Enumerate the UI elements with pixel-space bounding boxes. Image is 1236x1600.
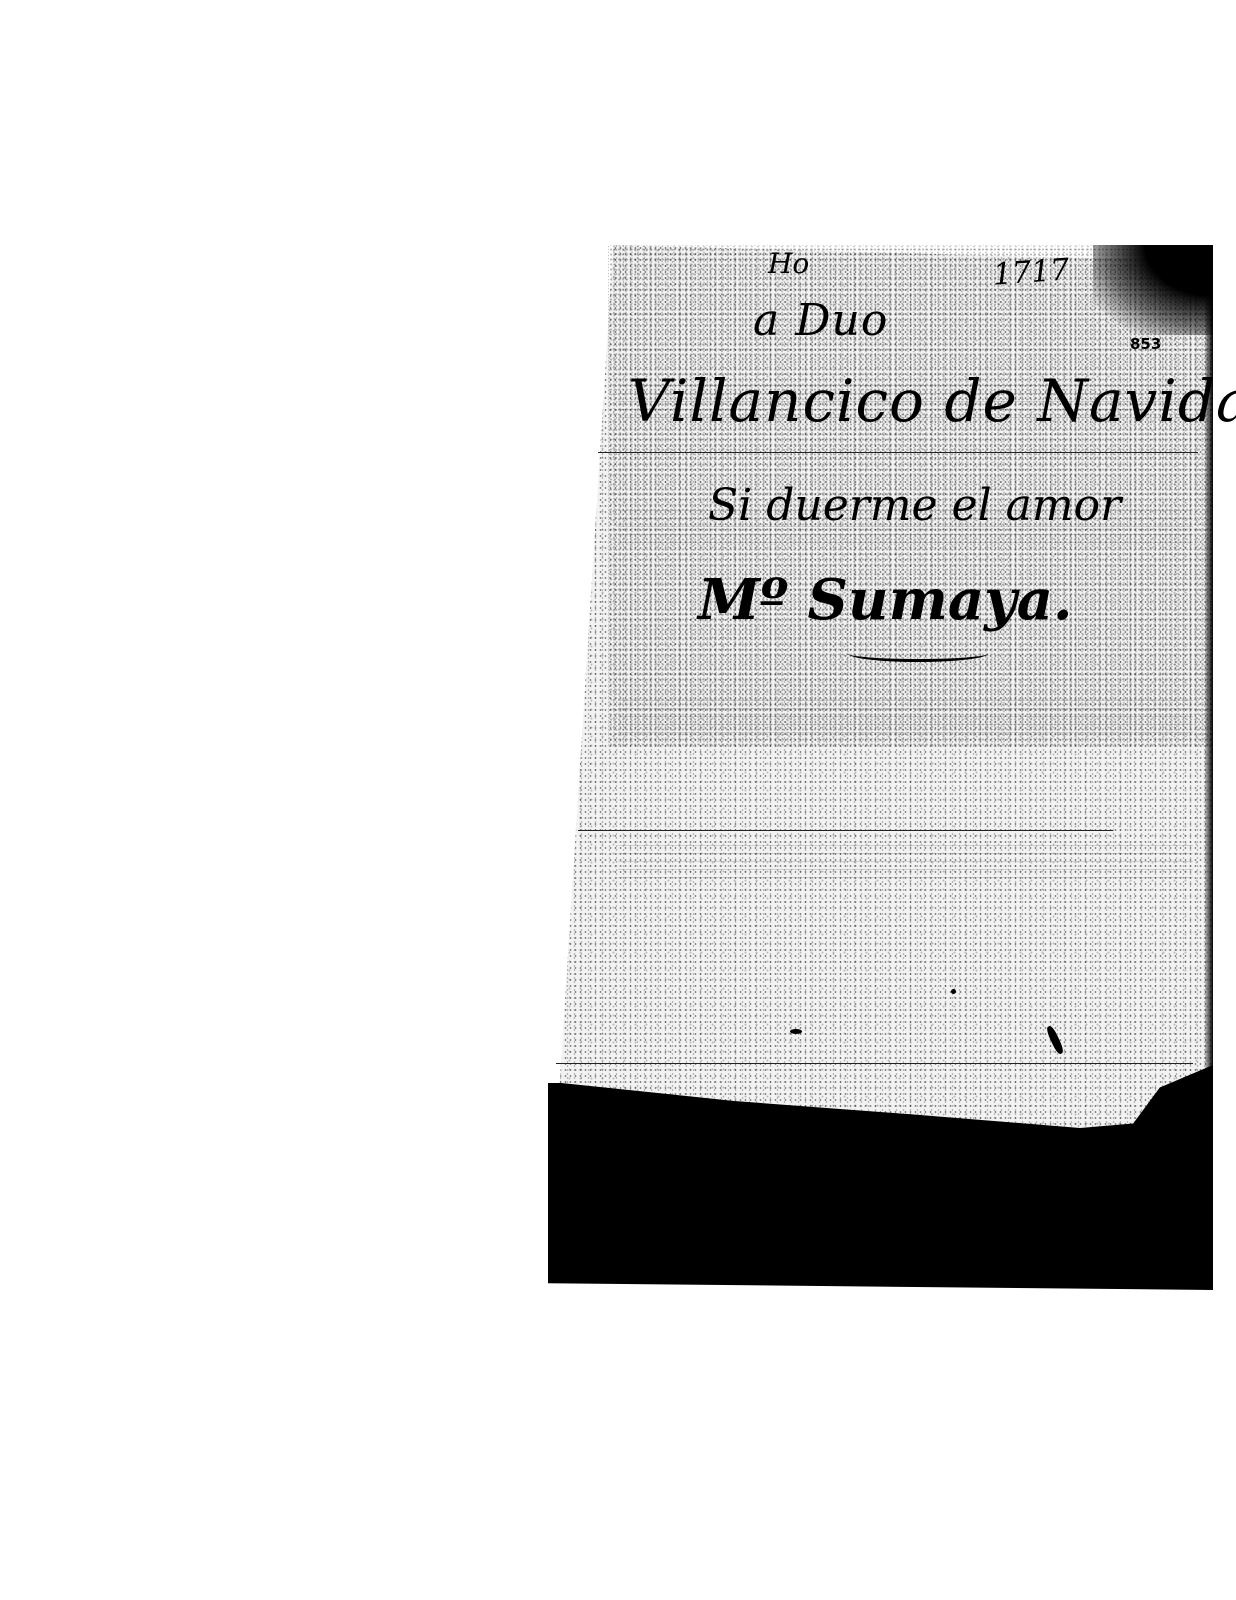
ink-blot [951, 989, 956, 994]
incipit-text: Si duerme el amor [708, 480, 1121, 531]
composer-name: Mº Sumaya. [698, 567, 1073, 633]
voice-label: a Duo [753, 295, 888, 346]
header-year: 1717 [992, 252, 1071, 292]
composer-flourish [848, 645, 988, 662]
faint-staff-lines [618, 845, 1193, 883]
faint-staff-lines [618, 700, 1193, 738]
dark-corner-shadow [1093, 245, 1213, 335]
manuscript-scan: Ho 1717 853 a Duo Villancico de Navidad.… [548, 245, 1213, 1290]
ruled-line [556, 1063, 1193, 1064]
ruled-line [598, 452, 1198, 453]
header-scribble: Ho [768, 247, 809, 280]
ruled-line [578, 830, 1113, 831]
folio-number: 853 [1130, 335, 1161, 353]
ink-blot [790, 1029, 802, 1034]
manuscript-title: Villancico de Navidad. [628, 367, 1236, 435]
